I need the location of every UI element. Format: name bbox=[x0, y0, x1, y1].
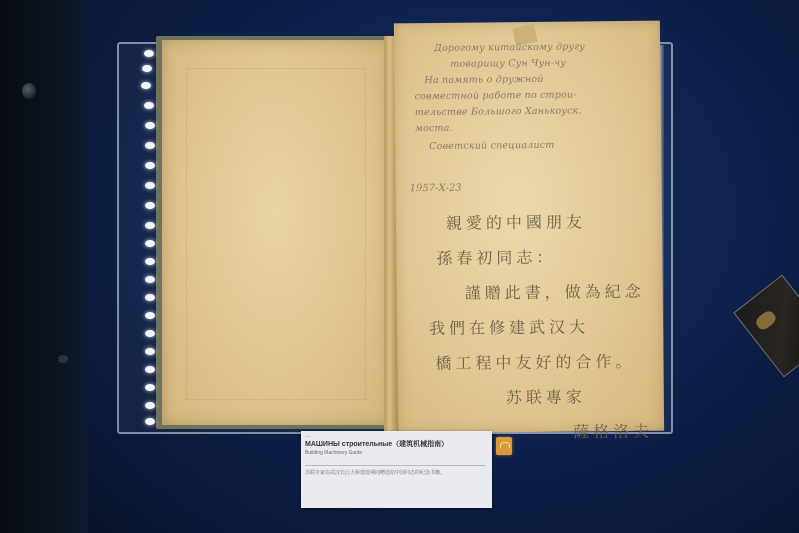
open-book: Дорогому китайскому другу товарищу Сун Ч… bbox=[156, 36, 664, 431]
chinese-line: 橋工程中友好的合作。 bbox=[427, 344, 657, 381]
label-description: 苏联专家在武汉长江大桥建设期间赠送给中国同志的纪念书籍。 bbox=[305, 470, 485, 477]
wall-screw bbox=[22, 83, 36, 99]
label-subtitle: Building Machinery Guide bbox=[305, 450, 362, 456]
label-title: МАШИНЫ строительные（建筑机械指南） bbox=[305, 439, 448, 449]
inscription-date: 1957-Ⅹ-23 bbox=[410, 183, 462, 195]
russian-signature: Советский специалист bbox=[415, 137, 655, 156]
chinese-line: 我們在修建武汉大 bbox=[427, 309, 657, 346]
chinese-line: 親愛的中國朋友 bbox=[426, 204, 656, 241]
left-page-blank bbox=[162, 40, 389, 425]
chinese-line: 孫春初同志： bbox=[426, 239, 656, 276]
chinese-inscription: 親愛的中國朋友 孫春初同志： 謹贈此書，做為紀念 我們在修建武汉大 橋工程中友好… bbox=[426, 204, 659, 451]
left-page-border bbox=[186, 68, 366, 400]
chinese-line: 謹贈此書，做為紀念 bbox=[427, 274, 657, 311]
exhibit-label: … МАШИНЫ строительные（建筑机械指南） Building M… bbox=[301, 431, 492, 508]
chinese-line: 苏联專家 bbox=[428, 379, 658, 416]
sleeve-reflections bbox=[144, 50, 158, 430]
museum-display-scene: Дорогому китайскому другу товарищу Сун Ч… bbox=[0, 0, 799, 533]
wall-mark bbox=[58, 355, 68, 363]
russian-line: моста. bbox=[415, 119, 655, 138]
russian-inscription: Дорогому китайскому другу товарищу Сун Ч… bbox=[414, 39, 655, 156]
label-divider bbox=[305, 465, 485, 466]
left-wall bbox=[0, 0, 90, 533]
audio-guide-icon bbox=[496, 437, 512, 455]
right-page-inscribed: Дорогому китайскому другу товарищу Сун Ч… bbox=[394, 21, 664, 434]
label-code: … bbox=[305, 456, 309, 461]
